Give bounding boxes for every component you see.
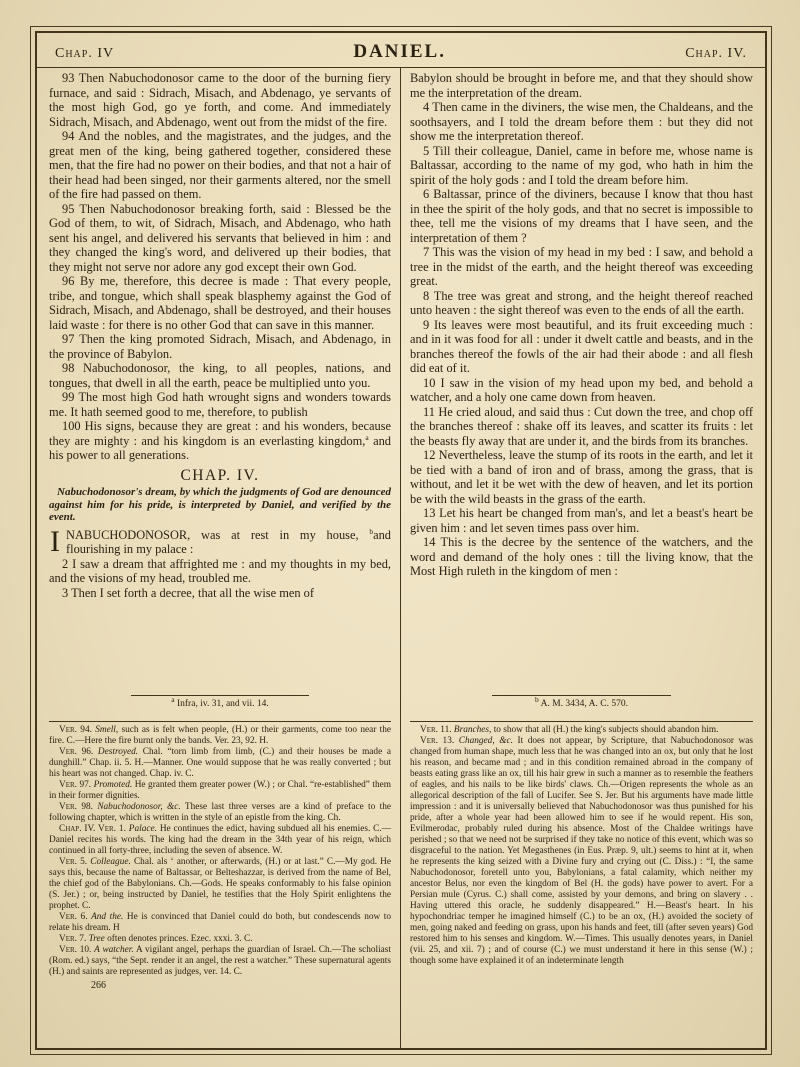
note-ref: Ver. 97. [59, 780, 91, 790]
page-title: DANIEL. [353, 41, 446, 63]
page-number: 266 [91, 980, 391, 991]
footnote-left: a Infra, iv. 31, and vii. 14. [49, 699, 391, 709]
commentary-note: Ver. 98. Nabuchodonosor, &c. These last … [49, 802, 391, 824]
verse-13: 13 Let his heart be changed from man's, … [410, 506, 753, 535]
column-right-main-text: Babylon should be brought in before me, … [410, 71, 753, 691]
verse-100: 100 His signs, because they are great : … [49, 419, 391, 463]
verse-6: 6 Baltassar, prince of the diviners, bec… [410, 187, 753, 245]
note-ref: Ver. 7. [59, 934, 86, 944]
footnote-left-marker: a [171, 695, 174, 704]
verse-9: 9 Its leaves were most beautiful, and it… [410, 318, 753, 376]
note-ref: Ver. 98. [59, 802, 93, 812]
verse-95: 95 Then Nabuchodonosor breaking forth, s… [49, 202, 391, 275]
commentary-note: Ver. 11. Branches, to show that all (H.)… [410, 725, 753, 736]
note-text: It does not appear, by Scripture, that N… [410, 736, 753, 966]
footnote-right-text: A. M. 3434, A. C. 570. [541, 699, 628, 709]
note-term: Nabuchodonosor, &c. [97, 802, 180, 812]
commentary-note: Ver. 94. Smell, such as is felt when peo… [49, 725, 391, 747]
verse-93: 93 Then Nabuchodonosor came to the door … [49, 71, 391, 129]
text-columns: 93 Then Nabuchodonosor came to the door … [37, 68, 765, 1048]
verse-7: 7 This was the vision of my head in my b… [410, 245, 753, 289]
commentary-note: Ver. 97. Promoted. He granted them great… [49, 780, 391, 802]
note-ref: Ver. 94. [59, 725, 92, 735]
column-left: 93 Then Nabuchodonosor came to the door … [37, 68, 401, 1048]
verse-1-text: NABUCHODONOSOR, was at rest in my house, [66, 528, 359, 542]
footnote-area-left: a Infra, iv. 31, and vii. 14. [49, 691, 391, 721]
verse-94: 94 And the nobles, and the magistrates, … [49, 129, 391, 202]
drop-cap: I [49, 528, 66, 554]
commentary-note: Ver. 6. And the. He is convinced that Da… [49, 912, 391, 934]
verse-2: 2 I saw a dream that affrighted me : and… [49, 557, 391, 586]
verse-11: 11 He cried aloud, and said thus : Cut d… [410, 405, 753, 449]
commentary-note: Ver. 5. Colleague. Chal. als ‘ another, … [49, 857, 391, 912]
note-term: Colleague. [90, 857, 131, 867]
verse-96: 96 By me, therefore, this decree is made… [49, 274, 391, 332]
footnote-rule-right [492, 695, 670, 696]
verse-98: 98 Nabuchodonosor, the king, to all peop… [49, 361, 391, 390]
commentary-right: Ver. 11. Branches, to show that all (H.)… [410, 721, 753, 967]
column-left-main-text: 93 Then Nabuchodonosor came to the door … [49, 71, 391, 691]
commentary-note: Ver. 96. Destroyed. Chal. “torn limb fro… [49, 747, 391, 780]
commentary-note: Ver. 7. Tree often denotes princes. Ezec… [49, 934, 391, 945]
note-term: Promoted. [94, 780, 133, 790]
chapter-heading: CHAP. IV. [49, 469, 391, 484]
verse-99: 99 The most high God hath wrought signs … [49, 390, 391, 419]
page: Chap. IV DANIEL. Chap. IV. 93 Then Nabuc… [35, 31, 767, 1050]
footnote-area-right: b A. M. 3434, A. C. 570. [410, 691, 753, 721]
running-header: Chap. IV DANIEL. Chap. IV. [37, 35, 765, 65]
verse-1: INABUCHODONOSOR, was at rest in my house… [49, 528, 391, 557]
note-term: And the. [91, 912, 123, 922]
note-term: Changed, &c. [459, 736, 513, 746]
commentary-note: Chap. IV. Ver. 1. Palace. He continues t… [49, 824, 391, 857]
note-term: A watcher. [94, 945, 134, 955]
verse-97: 97 Then the king promoted Sidrach, Misac… [49, 332, 391, 361]
commentary-note: Ver. 10. A watcher. A vigilant angel, pe… [49, 945, 391, 978]
note-ref: Ver. 5. [59, 857, 87, 867]
note-ref: Ver. 96. [59, 747, 93, 757]
commentary-left: Ver. 94. Smell, such as is felt when peo… [49, 721, 391, 991]
footnote-rule-left [131, 695, 309, 696]
note-ref: Ver. 10. [59, 945, 91, 955]
verse-14: 14 This is the decree by the sentence of… [410, 535, 753, 579]
note-term: Smell, [95, 725, 118, 735]
note-ref: Ver. 13. [420, 736, 454, 746]
note-ref: Ver. 11. [420, 725, 452, 735]
column-right: Babylon should be brought in before me, … [401, 68, 765, 1048]
verse-8: 8 The tree was great and strong, and the… [410, 289, 753, 318]
footnote-right-marker: b [535, 695, 539, 704]
note-text: often denotes princes. Ezec. xxxi. 3. C. [107, 934, 252, 944]
note-term: Branches, [454, 725, 491, 735]
verse-3-continuation: Babylon should be brought in before me, … [410, 71, 753, 100]
header-chapter-right: Chap. IV. [685, 46, 747, 62]
note-term: Palace. [129, 824, 157, 834]
chapter-argument: Nabuchodonosor's dream, by which the jud… [49, 486, 391, 524]
note-term: Destroyed. [98, 747, 138, 757]
verse-100-text: 100 His signs, because they are great : … [49, 419, 391, 448]
verse-3: 3 Then I set forth a decree, that all th… [49, 586, 391, 601]
footnote-left-text: Infra, iv. 31, and vii. 14. [177, 699, 269, 709]
note-ref: Chap. IV. Ver. 1. [59, 824, 126, 834]
note-text: to show that all (H.) the king's subject… [494, 725, 719, 735]
footnote-right: b A. M. 3434, A. C. 570. [410, 699, 753, 709]
note-term: Tree [89, 934, 105, 944]
commentary-note: Ver. 13. Changed, &c. It does not appear… [410, 736, 753, 967]
verse-5: 5 Till their colleague, Daniel, came in … [410, 144, 753, 188]
verse-12: 12 Nevertheless, leave the stump of its … [410, 448, 753, 506]
page-border: Chap. IV DANIEL. Chap. IV. 93 Then Nabuc… [30, 26, 772, 1055]
header-chapter-left: Chap. IV [55, 46, 114, 62]
note-ref: Ver. 6. [59, 912, 88, 922]
verse-10: 10 I saw in the vision of my head upon m… [410, 376, 753, 405]
verse-4: 4 Then came in the diviners, the wise me… [410, 100, 753, 144]
